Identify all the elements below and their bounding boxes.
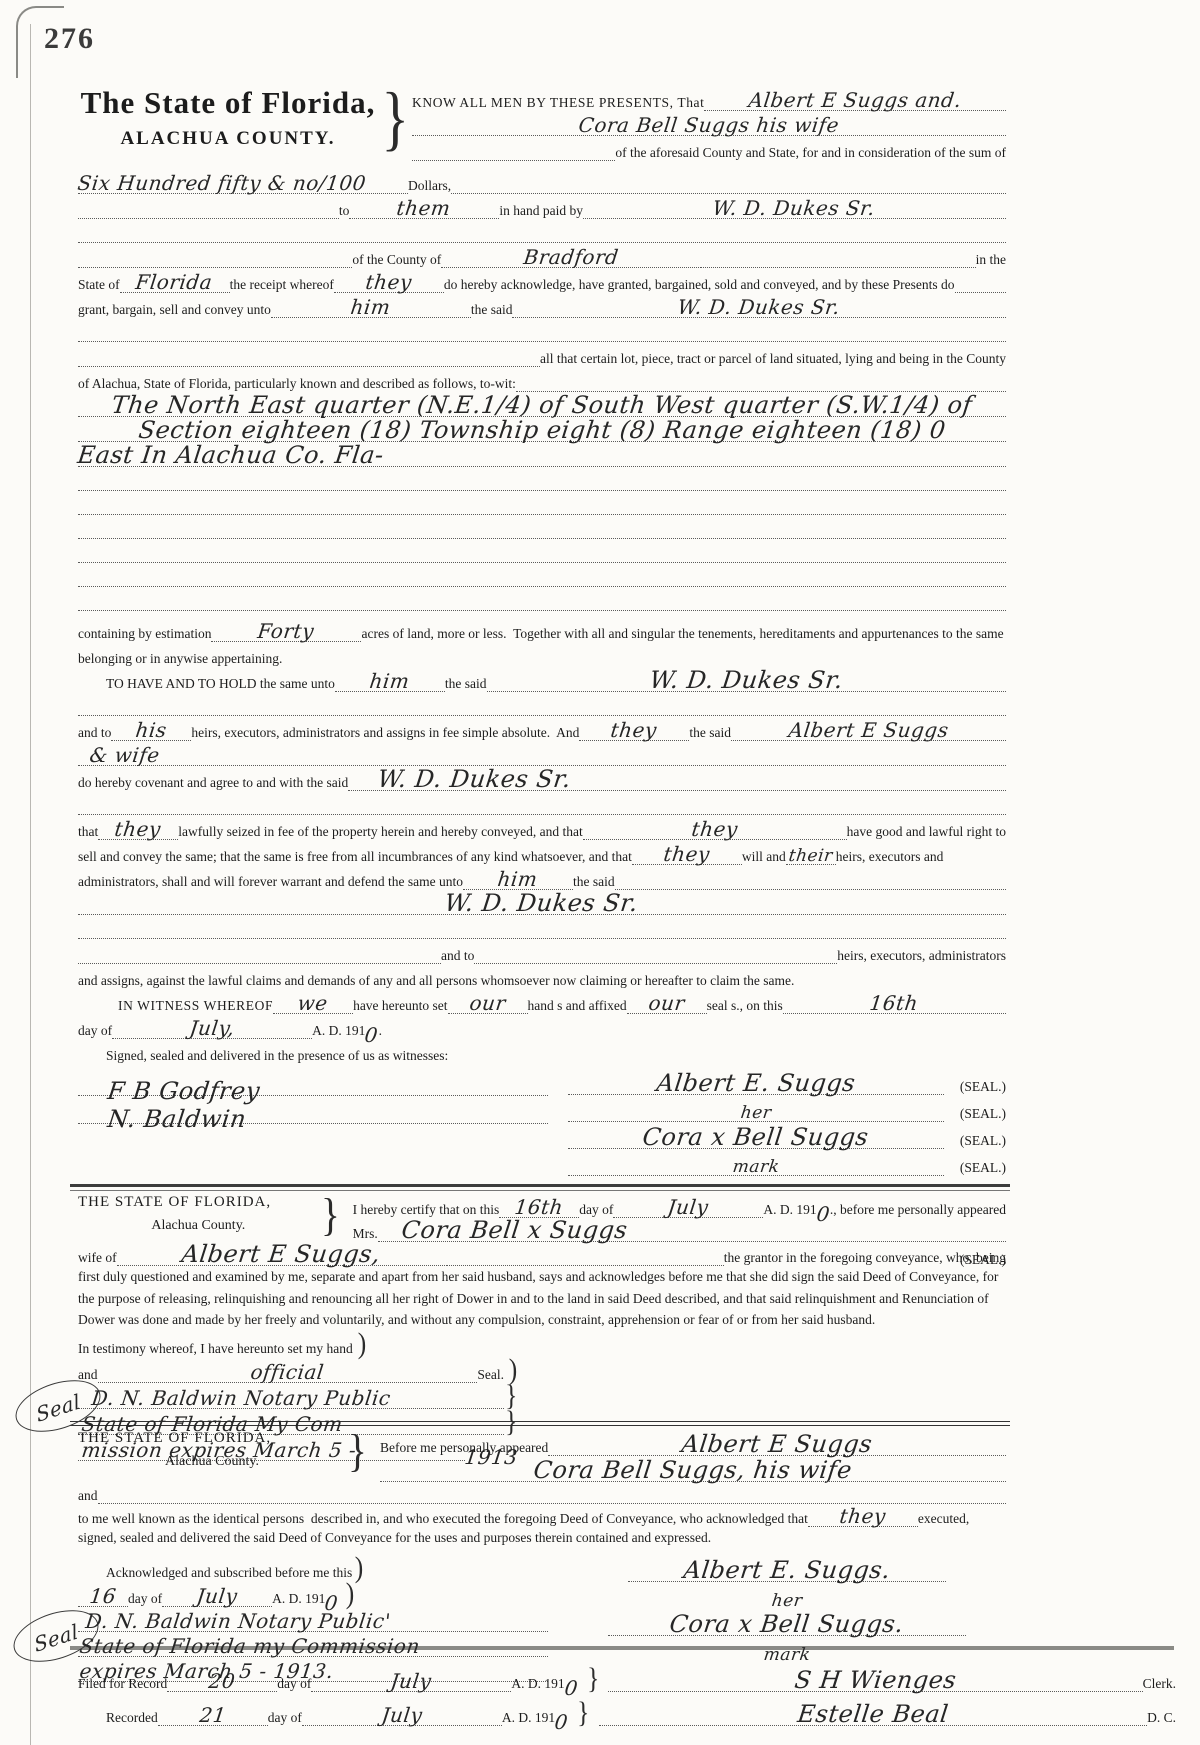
masthead: The State of Florida, ALACHUA COUNTY. } …: [78, 86, 1006, 161]
notary1-county: Alachua County.: [78, 1218, 319, 1234]
the-said-label-2: the said: [445, 675, 487, 692]
notary1-venue: THE STATE OF FLORIDA, Alachua County.: [78, 1194, 319, 1234]
containing-label: containing by estimation: [78, 625, 211, 642]
section-divider: [70, 1184, 1010, 1191]
dower-body-3: Dower was done and made by her freely an…: [78, 1309, 1006, 1331]
filed-ad: A. D. 191: [511, 1675, 564, 1692]
recorded-ad: A. D. 191: [502, 1709, 555, 1726]
ruled-line: [78, 791, 1006, 815]
him-handwritten-1: him: [350, 301, 391, 313]
know-all-label: KNOW ALL MEN BY THESE PRESENTS, That: [412, 94, 704, 111]
they-handwritten-3: they: [114, 823, 162, 835]
notary1-before: ., before me personally appeared: [830, 1201, 1006, 1218]
deputy-signature: Estelle Beal: [797, 1708, 949, 1720]
signature-row: her: [568, 1582, 1006, 1609]
him-handwritten-3: him: [497, 873, 538, 885]
ruled-line: [78, 515, 1006, 539]
forty-handwritten: Forty: [257, 625, 315, 637]
masthead-brace: }: [381, 86, 408, 150]
dollars-label: Dollars,: [408, 177, 451, 194]
we-handwritten: we: [297, 997, 328, 1009]
year-handwritten: 0: [364, 1029, 379, 1041]
seal-s-label: seal s., on this: [707, 997, 783, 1014]
witness-signature-1: F B Godfrey: [107, 1085, 261, 1097]
scan-edge-line: [30, 24, 31, 1745]
seal-label: (SEAL.): [944, 1106, 1006, 1122]
description-handwritten-3: East In Alachua Co. Fla-: [77, 449, 384, 461]
filed-day-of: day of: [277, 1675, 311, 1692]
filing-record: Filed for Record 20 day of July A. D. 19…: [78, 1658, 1176, 1726]
filed-month-handwritten: July: [390, 1675, 432, 1687]
notary2-venue: THE STATE OF FLORIDA, Alachua County.: [78, 1430, 346, 1470]
they-handwritten-1: they: [365, 276, 413, 288]
page-number: 276: [44, 22, 95, 56]
grantor-acknowledgment: THE STATE OF FLORIDA, Alachua County. } …: [78, 1430, 1006, 1682]
deed-record-page: 276 The State of Florida, ALACHUA COUNTY…: [0, 0, 1200, 1745]
aforesaid-label: of the aforesaid County and State, for a…: [615, 144, 1006, 161]
filed-year-handwritten: 0: [564, 1682, 579, 1694]
grantee-handwritten-4: W. D. Dukes Sr.: [444, 897, 639, 909]
deputy-label: D. C.: [1147, 1709, 1176, 1726]
to-label: to: [339, 202, 350, 219]
description-handwritten-1: The North East quarter (N.E.1/4) of Sout…: [111, 399, 973, 411]
ruled-line: [78, 539, 1006, 563]
signature-row: Cora x Bell Suggs.: [568, 1609, 1006, 1636]
wife-of-label: wife of: [78, 1249, 117, 1266]
notary2-before-block: Before me personally appeared Albert E S…: [380, 1430, 1006, 1482]
recorded-brace: }: [577, 1700, 589, 1726]
filed-day-handwritten: 20: [208, 1675, 236, 1687]
grantors-handwritten-2: Cora Bell Suggs his wife: [578, 119, 840, 131]
notary1-ad: A. D. 191: [763, 1201, 816, 1218]
wife-name-handwritten: Cora Bell x Suggs: [401, 1224, 628, 1236]
identical-persons-label: to me well known as the identical person…: [78, 1510, 808, 1527]
deed-body: The State of Florida, ALACHUA COUNTY. } …: [78, 86, 1006, 1176]
signature-row: Albert E. Suggs.: [568, 1555, 1006, 1582]
day-of-label: day of: [78, 1022, 112, 1039]
notary2-name-handwritten: D. N. Baldwin Notary Public': [85, 1615, 391, 1627]
seal-stamp-text: Seal: [35, 1394, 81, 1420]
warrant-label: administrators, shall and will forever w…: [78, 873, 463, 890]
state-handwritten: Florida: [135, 276, 213, 288]
filed-brace: }: [587, 1666, 599, 1692]
notary1-state-handwritten: State of Florida My Com: [81, 1418, 343, 1430]
them-handwritten: them: [396, 202, 451, 214]
husband-name-handwritten: Albert E Suggs,: [181, 1248, 381, 1260]
all-that-label: all that certain lot, piece, tract or pa…: [540, 350, 1006, 367]
ack-her-notation: her: [771, 1595, 803, 1607]
dower-body-1: first duly questioned and examined by me…: [78, 1266, 1006, 1288]
will-and-label: will and: [742, 848, 786, 865]
sell-convey-label: sell and convey the same; that the same …: [78, 848, 632, 865]
notary2-ad: A. D. 191: [272, 1590, 325, 1607]
our-handwritten-1: our: [469, 997, 506, 1009]
filed-label: Filed for Record: [78, 1675, 167, 1692]
they-handwritten-2: they: [610, 724, 658, 736]
month-handwritten: July,: [189, 1022, 235, 1034]
covenant-label: do hereby covenant and agree to and with…: [78, 774, 348, 791]
good-right-label: have good and lawful right to: [847, 823, 1006, 840]
ack-paren-2: ): [345, 1581, 354, 1607]
to-have-label: TO HAVE AND TO HOLD the same unto: [106, 675, 335, 692]
our-handwritten-2: our: [648, 997, 685, 1009]
recorded-day-handwritten: 21: [199, 1709, 227, 1721]
notary2-month-handwritten: July: [196, 1590, 238, 1602]
heirs-label-2: heirs, executors and: [836, 848, 944, 865]
executed-label: executed,: [918, 1510, 969, 1527]
their-handwritten: their: [788, 850, 833, 862]
grantee-handwritten-2: W. D. Dukes Sr.: [649, 674, 844, 686]
acres-label: acres of land, more or less. Together wi…: [361, 625, 1003, 642]
they-handwritten-n2: they: [839, 1510, 887, 1522]
signature-row: mark (SEAL.): [568, 1149, 1006, 1176]
acknowledged-label: Acknowledged and subscribed before me th…: [106, 1564, 352, 1581]
the-said-label-3: the said: [689, 724, 731, 741]
county-handwritten: Bradford: [523, 251, 619, 263]
notary1-state: THE STATE OF FLORIDA,: [78, 1194, 319, 1211]
state-of-label: State of: [78, 276, 120, 293]
signature-row: her (SEAL.): [568, 1095, 1006, 1122]
appeared-name-1-handwritten: Albert E Suggs: [681, 1438, 873, 1450]
grantor-signature-1: Albert E. Suggs: [656, 1077, 856, 1089]
him-handwritten-2: him: [369, 675, 410, 687]
signature-row: Albert E. Suggs (SEAL.): [568, 1068, 1006, 1095]
clerk-label: Clerk.: [1143, 1675, 1176, 1692]
ad-label: A. D. 191: [312, 1022, 365, 1039]
seized-label: lawfully seized in fee of the property h…: [178, 823, 582, 840]
assigns-label: and assigns, against the lawful claims a…: [78, 972, 794, 989]
heirs-label-1: heirs, executors, administrators and ass…: [191, 724, 579, 741]
notary1-month-handwritten: July: [667, 1201, 709, 1213]
acknowledgment-body-2: signed, sealed and delivered the said De…: [78, 1527, 1006, 1549]
ruled-line: [78, 915, 1006, 939]
notary1-certify-block: I hereby certify that on this 16th day o…: [353, 1194, 1006, 1242]
dower-body-2: the purpose of releasing, relinquishing …: [78, 1288, 1006, 1310]
ack-paren: ): [355, 1555, 364, 1581]
and-label-2: and: [78, 1487, 98, 1504]
seal-label: (SEAL.): [944, 1133, 1006, 1149]
witness-row: F B Godfrey: [78, 1068, 548, 1096]
wife-handwritten: & wife: [89, 749, 160, 761]
and-to-label-2: and to: [441, 947, 474, 964]
his-handwritten: his: [135, 724, 168, 736]
payer-handwritten: W. D. Dukes Sr.: [712, 202, 876, 214]
amount-handwritten: Six Hundred fifty & no/100: [77, 177, 367, 189]
description-handwritten-2: Section eighteen (18) Township eight (8)…: [138, 424, 946, 436]
seal-label: (SEAL.): [944, 1160, 1006, 1176]
grantor-signature-2: Cora x Bell Suggs: [642, 1131, 869, 1143]
notary1-year-handwritten: 0: [816, 1208, 831, 1220]
notary1-date-handwritten: 16th: [514, 1201, 564, 1213]
ack-signature-2: Cora x Bell Suggs.: [669, 1618, 904, 1630]
before-appeared-label: Before me personally appeared: [380, 1439, 548, 1456]
mark-notation: mark: [732, 1161, 780, 1173]
the-said-label-1: the said: [471, 301, 513, 318]
seal-label: (SEAL.): [944, 1079, 1006, 1095]
acknowledge-label: do hereby acknowledge, have granted, bar…: [444, 276, 955, 293]
recorded-year-handwritten: 0: [554, 1716, 569, 1728]
witness-signature-2: N. Baldwin: [107, 1113, 247, 1125]
grantors-handwritten-1: Albert E Suggs and.: [748, 94, 962, 106]
receipt-label: the receipt whereof: [230, 276, 334, 293]
recorded-month-handwritten: July: [381, 1709, 423, 1721]
dower-acknowledgment: THE STATE OF FLORIDA, Alachua County. } …: [78, 1194, 1006, 1461]
grantee-handwritten-3: W. D. Dukes Sr.: [377, 773, 572, 785]
notary2-date-handwritten: 16: [89, 1590, 117, 1602]
recorded-label: Recorded: [106, 1709, 158, 1726]
presence-label: Signed, sealed and delivered in the pres…: [106, 1047, 448, 1064]
ruled-line: [78, 219, 1006, 243]
notary1-name-handwritten: D. N. Baldwin Notary Public: [91, 1392, 391, 1404]
set-label: have hereunto set: [353, 997, 447, 1014]
grantee-handwritten-1: W. D. Dukes Sr.: [677, 301, 841, 313]
ruled-line: [78, 587, 1006, 611]
ruled-line: [78, 563, 1006, 587]
appeared-name-2-handwritten: Cora Bell Suggs, his wife: [533, 1464, 853, 1476]
and-to-label-1: and to: [78, 724, 111, 741]
notary2-state-handwritten: State of Florida my Commission: [79, 1640, 421, 1652]
notary2-state: THE STATE OF FLORIDA,: [78, 1430, 346, 1447]
grantor-signature-column: Albert E. Suggs (SEAL.) her (SEAL.) Cora…: [568, 1068, 1006, 1176]
they-handwritten-5: they: [663, 848, 711, 860]
notary1-seal-right: (SEAL.): [960, 1252, 1006, 1268]
testimony-paren: ): [358, 1331, 367, 1357]
signature-row: Cora x Bell Suggs (SEAL.): [568, 1122, 1006, 1149]
notary2-county: Alachua County.: [78, 1454, 346, 1470]
to-wit-label: of Alachua, State of Florida, particular…: [78, 375, 516, 392]
in-hand-label: in hand paid by: [499, 202, 583, 219]
masthead-right: KNOW ALL MEN BY THESE PRESENTS, That Alb…: [412, 86, 1006, 161]
ruled-line: [78, 318, 1006, 342]
heirs-label-3: heirs, executors, administrators: [837, 947, 1006, 964]
that-label: that: [78, 823, 98, 840]
belonging-label: belonging or in anywise appertaining.: [78, 650, 282, 667]
ack-signature-1: Albert E. Suggs.: [683, 1564, 891, 1576]
grantor-handwritten: Albert E Suggs: [788, 724, 949, 736]
seal-word: Seal.: [477, 1366, 504, 1383]
recorded-day-of: day of: [268, 1709, 302, 1726]
in-the-label: in the: [976, 251, 1006, 268]
her-notation: her: [740, 1107, 772, 1119]
signature-zone: F B Godfrey N. Baldwin Albert E. Suggs (…: [78, 1068, 1006, 1176]
ruled-line: [78, 692, 1006, 716]
county-title: ALACHUA COUNTY.: [78, 128, 378, 150]
official-handwritten: official: [250, 1366, 325, 1378]
county-of-label: of the County of: [352, 251, 441, 268]
notary1-brace: }: [321, 1194, 343, 1236]
period-label: .: [379, 1022, 382, 1039]
testimony-label: In testimony whereof, I have hereunto se…: [78, 1340, 353, 1357]
grant-unto-label: grant, bargain, sell and convey unto: [78, 301, 271, 318]
date-handwritten: 16th: [869, 997, 919, 1009]
witness-column: F B Godfrey N. Baldwin: [78, 1068, 548, 1176]
the-said-label-4: the said: [573, 873, 615, 890]
ruled-line: [78, 467, 1006, 491]
clerk-signature: S H Wienges: [794, 1674, 957, 1686]
notary2-year-handwritten: 0: [324, 1597, 339, 1609]
masthead-titles: The State of Florida, ALACHUA COUNTY.: [78, 86, 378, 150]
state-title: The State of Florida,: [78, 86, 378, 120]
they-handwritten-4: they: [691, 823, 739, 835]
in-witness-label: IN WITNESS WHEREOF: [118, 997, 273, 1014]
notary2-day-of: day of: [128, 1590, 162, 1607]
hand-label: hand s and affixed: [528, 997, 627, 1014]
seal-stamp-text-2: Seal: [33, 1624, 79, 1650]
notary2-brace: }: [348, 1430, 370, 1472]
ruled-line: [78, 491, 1006, 515]
